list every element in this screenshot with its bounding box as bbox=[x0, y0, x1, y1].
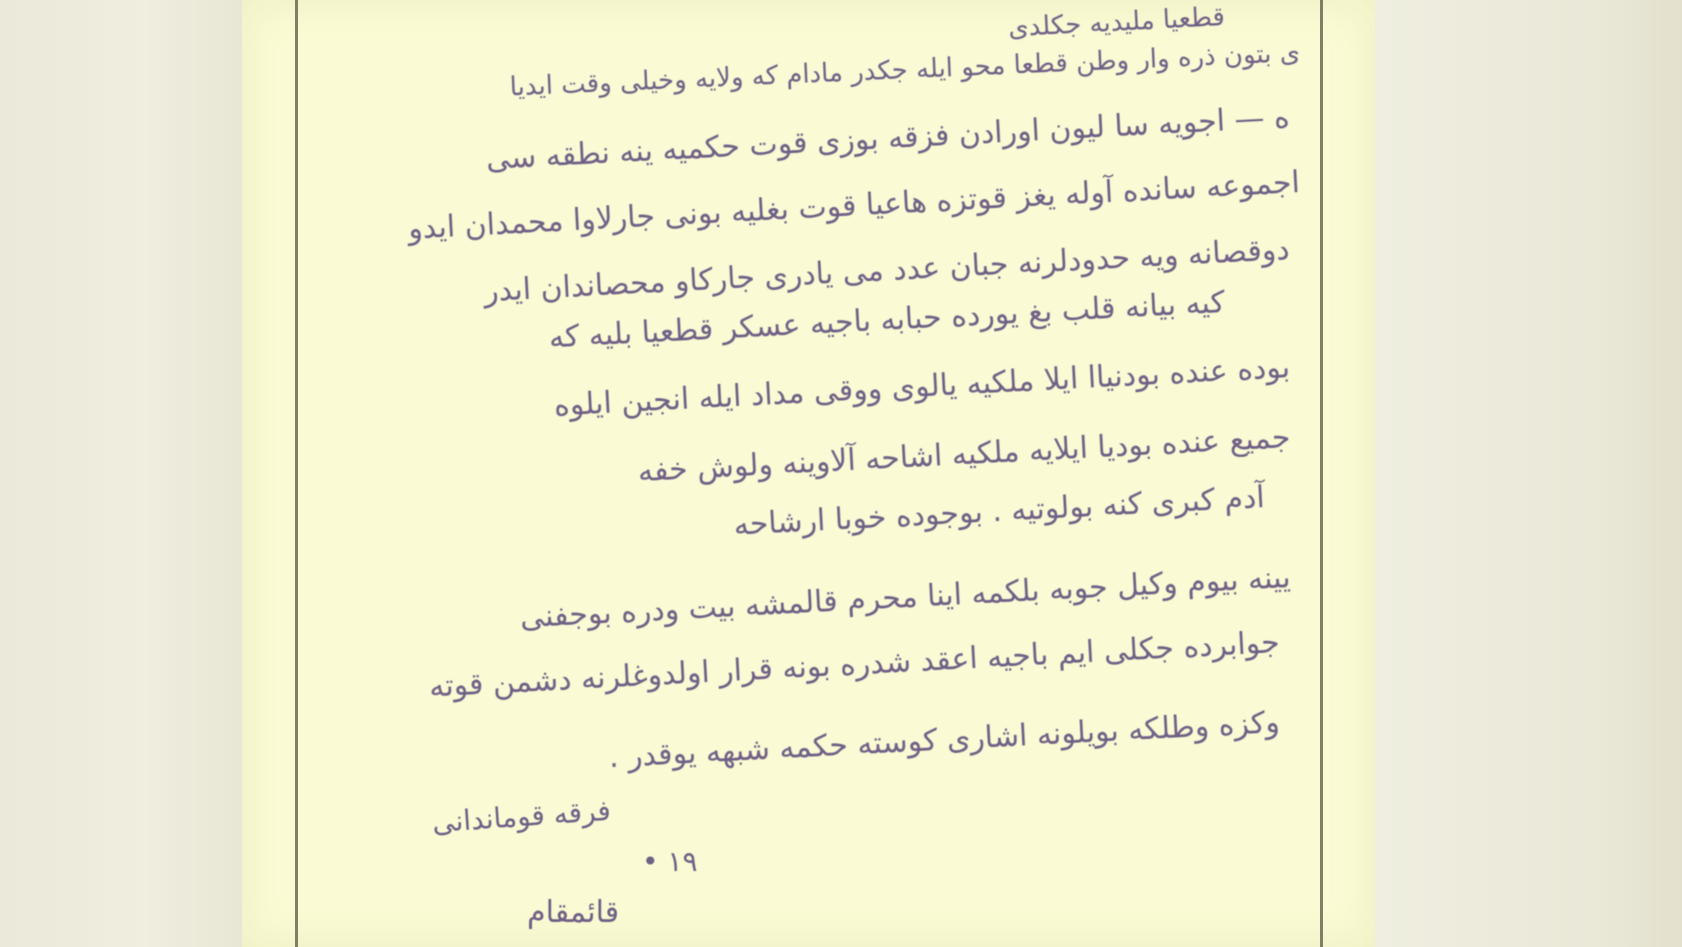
signature-rank: قائمقام bbox=[527, 895, 619, 930]
handwritten-line: قطعيا مليديه جكلدى bbox=[1008, 2, 1226, 43]
handwritten-line: وكزه وطلكه بويلونه اشارى كوسته حكمه شبهه… bbox=[608, 705, 1280, 775]
handwritten-line: يينه بيوم وكيل جوبه بلكمه اينا محرم قالم… bbox=[519, 560, 1291, 635]
handwritten-line: ى بتون ذره وار وطن قطعا محو ايله جكدر ما… bbox=[509, 38, 1301, 102]
handwritten-line: اجموعه سانده آوله يغز قوتزه هاعيا قوت بغ… bbox=[408, 165, 1301, 247]
letter-page: قطعيا مليديه جكلدى ى بتون ذره وار وطن قط… bbox=[242, 0, 1375, 947]
handwritten-line: ه — اجويه سا ليون اورادن فزقه بوزى قوت ح… bbox=[486, 100, 1291, 177]
handwritten-line: جميع عنده بوديا ايلايه ملكيه اشاحه آلاوي… bbox=[637, 420, 1291, 489]
right-border-rule bbox=[1320, 0, 1323, 947]
right-background-margin bbox=[1375, 0, 1682, 947]
signature-title: فرقه قوماندانى bbox=[431, 794, 612, 839]
handwritten-line: آدم كبرى كنه بولوتيه . بوجوده خوبا ارشاح… bbox=[733, 480, 1266, 543]
handwritten-line: جوابرده جكلى ايم باجيه اعقد شدره بونه قر… bbox=[429, 625, 1281, 705]
left-border-rule bbox=[295, 0, 298, 947]
left-background-margin bbox=[0, 0, 242, 947]
signature-date: ١٩ • bbox=[642, 845, 698, 878]
handwritten-line: بوده عنده بودنياا ايلا ملكيه يالوى ووقى … bbox=[553, 350, 1291, 424]
